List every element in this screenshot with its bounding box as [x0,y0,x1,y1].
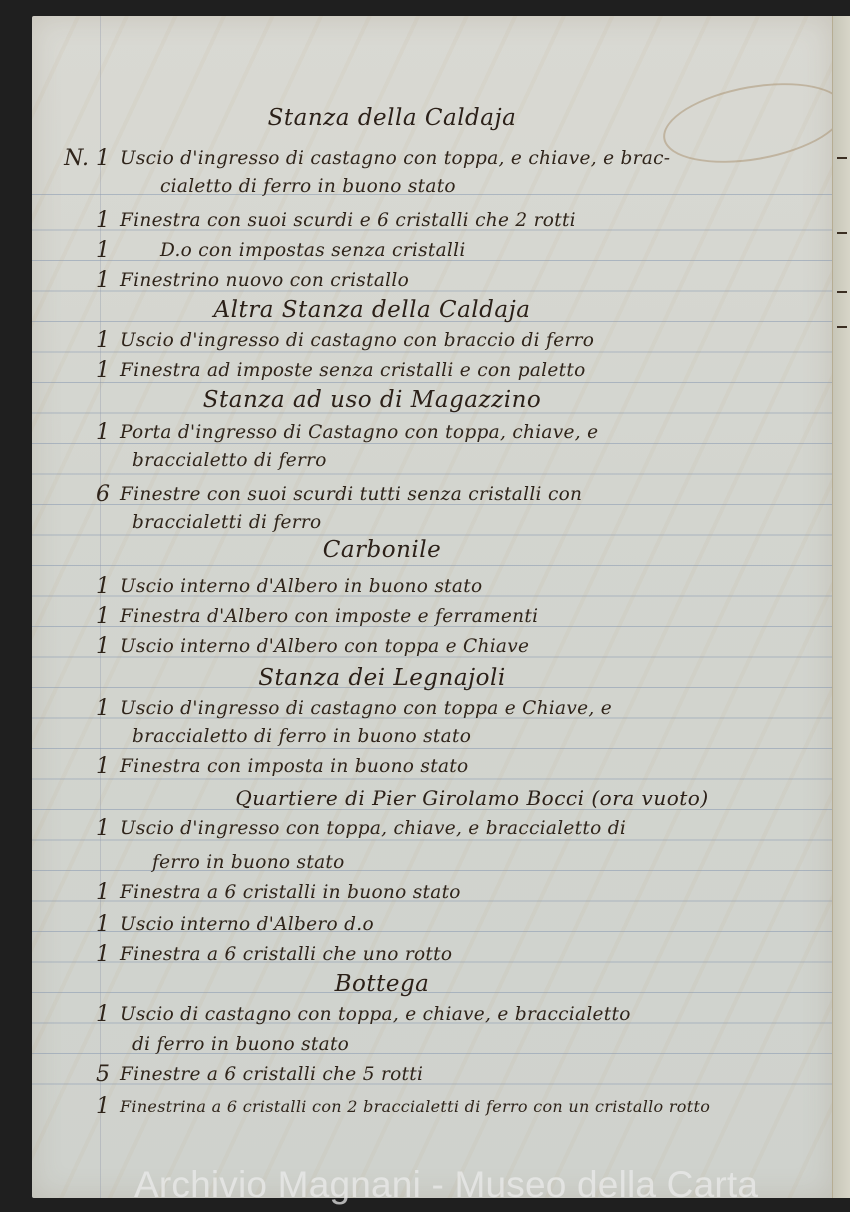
entry-text: cialetto di ferro in buono stato [160,172,456,202]
ink-mark [837,232,847,234]
ledger-entry: 1 Finestra d'Albero con imposte e ferram… [32,602,832,632]
ledger-entry: 1 Uscio d'ingresso di castagno con toppa… [32,694,832,724]
ledger-entry: 1 Finestra con imposta in buono stato [32,752,832,782]
ledger-entry: 1 Finestra ad imposte senza cristalli e … [32,356,832,386]
entry-text: Finestrina a 6 cristalli con 2 bracciale… [120,1092,710,1122]
ink-mark [837,157,847,159]
ledger-entry: 1 Uscio di castagno con toppa, e chiave,… [32,1000,832,1030]
entry-quantity: N. 1 [50,144,110,174]
entry-text: Finestra a 6 cristalli in buono stato [120,878,461,908]
section-heading: Carbonile [32,534,782,566]
entry-text: Finestra a 6 cristalli che uno rotto [120,940,452,970]
section-heading: Stanza ad uso di Magazzino [32,384,772,416]
archive-watermark: Archivio Magnani - Museo della Carta [134,1164,850,1206]
entry-text: Uscio di castagno con toppa, e chiave, e… [120,1000,631,1030]
ledger-entry: N. 1 Uscio d'ingresso di castagno con to… [32,144,832,174]
entry-quantity: 1 [50,878,110,908]
ink-mark [837,291,847,293]
entry-text: Finestra d'Albero con imposte e ferramen… [120,602,538,632]
entry-quantity: 1 [50,356,110,386]
section-heading: Quartiere di Pier Girolamo Bocci (ora vu… [72,782,832,814]
ledger-entry-continuation: braccialetto di ferro [32,446,832,476]
entry-quantity: 1 [50,940,110,970]
ledger-entry: 1 Finestra con suoi scurdi e 6 cristalli… [32,206,832,236]
entry-text: ferro in buono stato [152,848,345,878]
ledger-entry: 1 Uscio interno d'Albero in buono stato [32,572,832,602]
section-heading: Stanza dei Legnajoli [32,662,782,694]
ledger-entry: 1 Finestra a 6 cristalli in buono stato [32,878,832,908]
ledger-entry: 1 Finestrino nuovo con cristallo [32,266,832,296]
entry-quantity: 1 [50,694,110,724]
ledger-entry: 1 Uscio d'ingresso di castagno con bracc… [32,326,832,356]
entry-text: Finestrino nuovo con cristallo [120,266,409,296]
entry-text: Uscio d'ingresso di castagno con toppa e… [120,694,612,724]
entry-quantity: 1 [50,1000,110,1030]
ledger-entry: 1 Uscio interno d'Albero con toppa e Chi… [32,632,832,662]
entry-quantity: 1 [50,910,110,940]
entry-quantity: 1 [50,266,110,296]
ledger-entry: 1 Uscio d'ingresso con toppa, chiave, e … [32,814,832,844]
ledger-entry: 1 Finestra a 6 cristalli che uno rotto [32,940,832,970]
entry-text: Finestra con suoi scurdi e 6 cristalli c… [120,206,576,236]
entry-quantity: 1 [50,632,110,662]
entry-quantity: 1 [50,572,110,602]
entry-quantity: 1 [50,236,110,266]
entry-quantity: 1 [50,602,110,632]
ledger-entry-continuation: ferro in buono stato [32,848,832,878]
entry-quantity: 1 [50,418,110,448]
entry-text: Uscio d'ingresso con toppa, chiave, e br… [120,814,626,844]
entry-text: D.o con impostas senza cristalli [160,236,466,266]
section-heading: Bottega [32,968,782,1000]
ledger-entry: 1 D.o con impostas senza cristalli [32,236,832,266]
ledger-entry-continuation: cialetto di ferro in buono stato [32,172,832,202]
entry-text: braccialetto di ferro [132,446,327,476]
entry-text: Uscio interno d'Albero con toppa e Chiav… [120,632,529,662]
entry-text: Uscio interno d'Albero d.o [120,910,374,940]
entry-text: Uscio d'ingresso di castagno con braccio… [120,326,594,356]
entry-quantity: 5 [50,1060,110,1090]
entry-quantity: 1 [50,814,110,844]
section-heading: Stanza della Caldaja [32,102,792,134]
entry-text: Finestre a 6 cristalli che 5 rotti [120,1060,423,1090]
ink-mark [837,326,847,328]
ledger-entry: 1 Porta d'ingresso di Castagno con toppa… [32,418,832,448]
ledger-entry: 1 Finestrina a 6 cristalli con 2 braccia… [32,1092,832,1122]
entry-quantity: 1 [50,326,110,356]
adjacent-page-edge [832,16,850,1198]
entry-quantity: 1 [50,206,110,236]
entry-text: Finestra con imposta in buono stato [120,752,468,782]
ledger-entry-continuation: di ferro in buono stato [32,1030,832,1060]
ledger-page: Stanza della Caldaja N. 1 Uscio d'ingres… [32,16,832,1198]
entry-text: braccialetto di ferro in buono stato [132,722,471,752]
entry-quantity: 1 [50,1092,110,1122]
section-heading: Altra Stanza della Caldaja [32,294,772,326]
entry-quantity: 1 [50,752,110,782]
ledger-entry: 5 Finestre a 6 cristalli che 5 rotti [32,1060,832,1090]
entry-text: Finestre con suoi scurdi tutti senza cri… [120,480,582,510]
entry-text: Porta d'ingresso di Castagno con toppa, … [120,418,598,448]
ledger-entry: 6 Finestre con suoi scurdi tutti senza c… [32,480,832,510]
entry-text: Uscio d'ingresso di castagno con toppa, … [120,144,670,174]
entry-text: di ferro in buono stato [132,1030,349,1060]
entry-text: Uscio interno d'Albero in buono stato [120,572,482,602]
entry-text: Finestra ad imposte senza cristalli e co… [120,356,586,386]
entry-quantity: 6 [50,480,110,510]
ledger-entry-continuation: braccialetto di ferro in buono stato [32,722,832,752]
ledger-entry: 1 Uscio interno d'Albero d.o [32,910,832,940]
